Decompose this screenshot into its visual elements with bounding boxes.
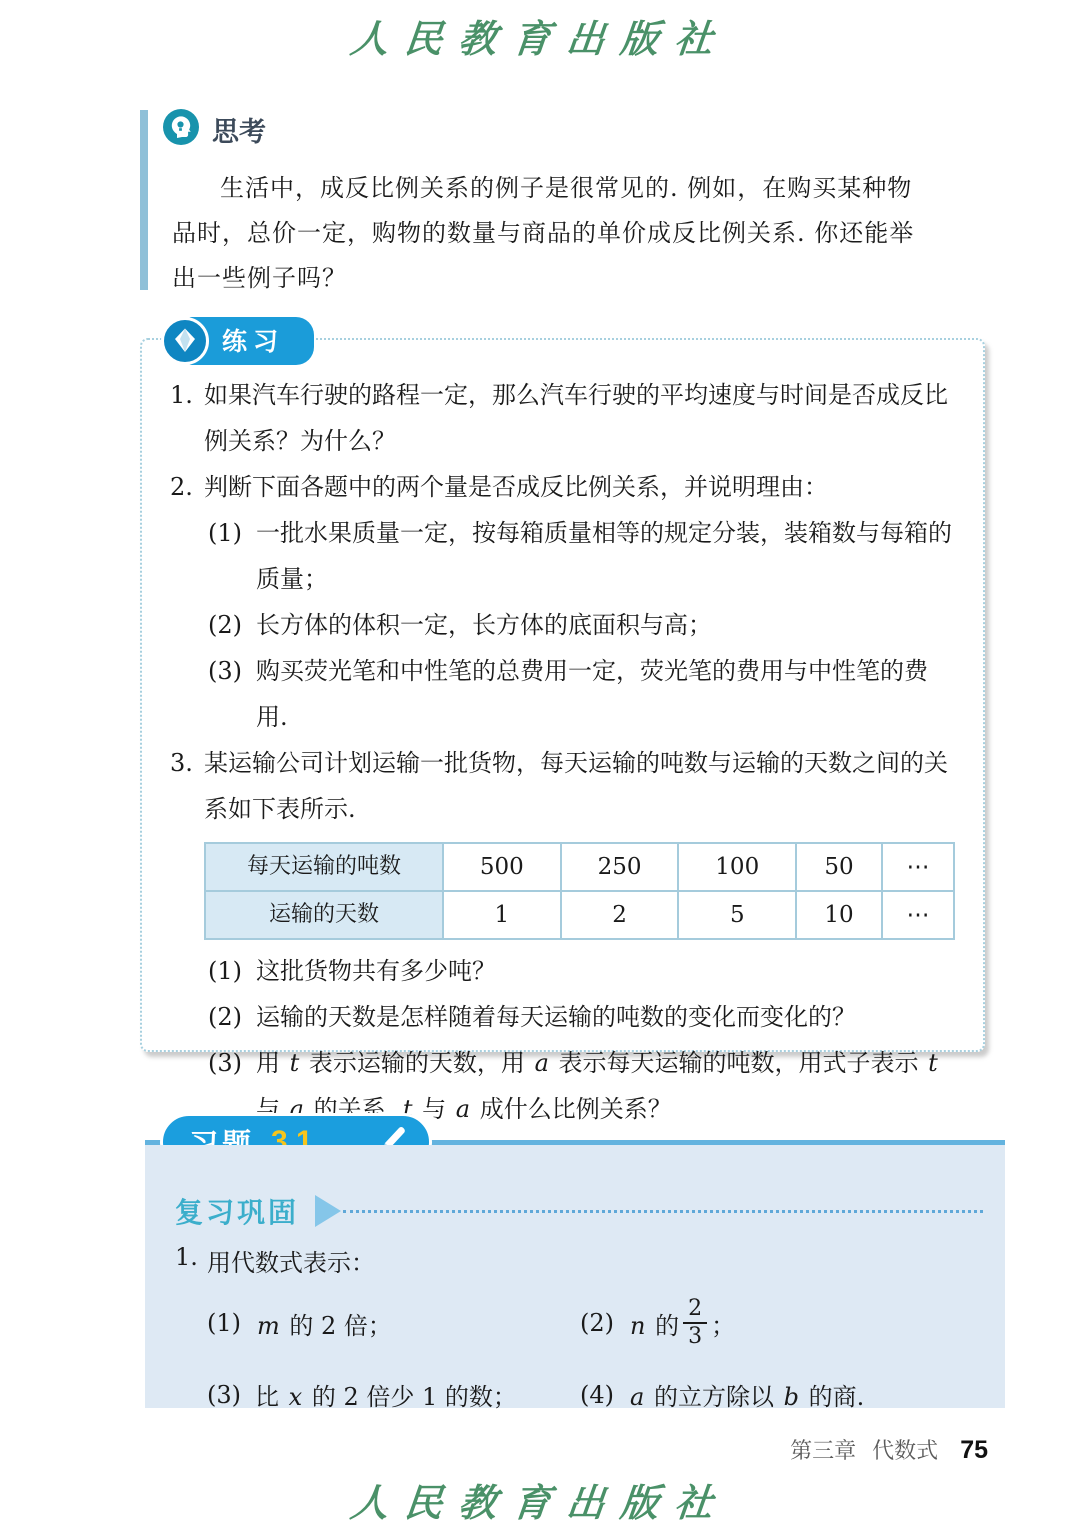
sub-number: (2): [208, 994, 256, 1040]
practice-q1: 1. 如果汽车行驶的路程一定，那么汽车行驶的平均速度与时间是否成反比例关系？为什…: [170, 372, 955, 464]
item-text: 比 x 的 2 倍少 1 的数；: [255, 1377, 517, 1412]
table-cell: 50: [796, 843, 882, 891]
practice-q2-sub2: (2) 长方体的体积一定，长方体的底面积与高；: [208, 602, 955, 648]
table-cell: 2: [561, 891, 679, 939]
page-footer: 第三章 代数式 75: [790, 1434, 988, 1465]
sub-number: (1): [208, 948, 256, 994]
footer-section: 代数式: [872, 1434, 938, 1465]
item-text: a 的立方除以 b 的商.: [628, 1377, 864, 1412]
fraction-denominator: 3: [683, 1322, 707, 1350]
item-number: (3): [207, 1381, 241, 1409]
think-paragraph: 生活中，成反比例关系的例子是很常见的. 例如，在购买某种物品时，总价一定，购物的…: [172, 166, 932, 301]
item-number: (1): [207, 1309, 241, 1337]
practice-q3-sub1: (1) 这批货物共有多少吨？: [208, 948, 955, 994]
question-text: 判断下面各题中的两个量是否成反比例关系，并说明理由：: [204, 464, 955, 510]
question-text: 如果汽车行驶的路程一定，那么汽车行驶的平均速度与时间是否成反比例关系？为什么？: [204, 372, 955, 464]
sub-number: (3): [208, 648, 256, 740]
page-number: 75: [960, 1436, 988, 1465]
exercise-item-3: (3) 比 x 的 2 倍少 1 的数；: [207, 1377, 580, 1412]
practice-q3-sub2: (2) 运输的天数是怎样随着每天运输的吨数的变化而变化的？: [208, 994, 955, 1040]
fraction-numerator: 2: [683, 1296, 707, 1322]
practice-q2-sub3: (3) 购买荧光笔和中性笔的总费用一定，荧光笔的费用与中性笔的费用.: [208, 648, 955, 740]
sub-text: 一批水果质量一定，按每箱质量相等的规定分装，装箱数与每箱的质量；: [256, 510, 955, 602]
sub-text: 长方体的体积一定，长方体的底面积与高；: [256, 602, 955, 648]
fraction: 2 3: [683, 1296, 707, 1351]
sub-number: (2): [208, 602, 256, 648]
item-text: n 的: [628, 1306, 679, 1341]
table-row-header: 每天运输的吨数: [205, 843, 443, 891]
table-cell: 250: [561, 843, 679, 891]
table-cell: 100: [678, 843, 796, 891]
sub-text: 运输的天数是怎样随着每天运输的吨数的变化而变化的？: [256, 994, 955, 1040]
exercise-items-row1: (1) m 的 2 倍； (2) n 的 2 3 ；: [207, 1287, 975, 1359]
exercise-panel: 复习巩固 1. 用代数式表示： (1) m 的 2 倍； (2) n 的 2 3…: [145, 1145, 1005, 1408]
table-cell: 1: [443, 891, 561, 939]
gem-icon: [160, 316, 210, 366]
triangle-right-icon: [315, 1195, 341, 1227]
table-cell: 5: [678, 891, 796, 939]
exercise-item-4: (4) a 的立方除以 b 的商.: [580, 1377, 975, 1412]
item-number: (2): [580, 1309, 614, 1337]
question-number: 2.: [170, 464, 204, 510]
table-row: 运输的天数 1 2 5 10 ⋯: [205, 891, 954, 939]
exercise-q1: 1. 用代数式表示：: [175, 1243, 375, 1278]
dotted-leader: [343, 1210, 983, 1213]
practice-badge: 练习: [160, 316, 314, 366]
question-text: 用代数式表示：: [207, 1243, 375, 1278]
table-row: 每天运输的吨数 500 250 100 50 ⋯: [205, 843, 954, 891]
footer-chapter: 第三章: [790, 1434, 856, 1465]
exercise-items-row2: (3) 比 x 的 2 倍少 1 的数； (4) a 的立方除以 b 的商.: [207, 1377, 975, 1412]
exercise-item-2: (2) n 的 2 3 ；: [580, 1296, 975, 1351]
question-number: 1.: [170, 372, 204, 464]
transport-table: 每天运输的吨数 500 250 100 50 ⋯ 运输的天数 1 2 5 10 …: [204, 842, 955, 940]
exercise-item-1: (1) m 的 2 倍；: [207, 1306, 580, 1341]
review-heading: 复习巩固: [175, 1191, 299, 1231]
sub-number: (1): [208, 510, 256, 602]
practice-q3: 3. 某运输公司计划运输一批货物，每天运输的吨数与运输的天数之间的关系如下表所示…: [170, 740, 955, 1132]
q3-lead: 某运输公司计划运输一批货物，每天运输的吨数与运输的天数之间的关系如下表所示.: [204, 749, 948, 823]
item-text: m 的 2 倍；: [255, 1306, 392, 1341]
publisher-calligraphy-top: 人民教育出版社: [0, 8, 1080, 63]
practice-q2-sub1: (1) 一批水果质量一定，按每箱质量相等的规定分装，装箱数与每箱的质量；: [208, 510, 955, 602]
section-accent-bar: [140, 110, 148, 290]
sub-text: 购买荧光笔和中性笔的总费用一定，荧光笔的费用与中性笔的费用.: [256, 648, 955, 740]
table-cell: ⋯: [882, 843, 954, 891]
practice-q2: 2. 判断下面各题中的两个量是否成反比例关系，并说明理由：: [170, 464, 955, 510]
item-text-tail: ；: [711, 1306, 735, 1341]
table-cell: 500: [443, 843, 561, 891]
question-number: 1.: [175, 1243, 207, 1278]
publisher-calligraphy-bottom: 人民教育出版社: [0, 1472, 1080, 1526]
question-text: 某运输公司计划运输一批货物，每天运输的吨数与运输的天数之间的关系如下表所示. 每…: [204, 740, 955, 1132]
table-row-header: 运输的天数: [205, 891, 443, 939]
review-heading-row: 复习巩固: [175, 1191, 983, 1231]
lightbulb-head-icon: [162, 108, 200, 150]
practice-box: 练习 1. 如果汽车行驶的路程一定，那么汽车行驶的平均速度与时间是否成反比例关系…: [140, 338, 985, 1052]
table-cell: 10: [796, 891, 882, 939]
question-number: 3.: [170, 740, 204, 1132]
table-cell: ⋯: [882, 891, 954, 939]
think-section: 思考 生活中，成反比例关系的例子是很常见的. 例如，在购买某种物品时，总价一定，…: [140, 108, 985, 301]
item-number: (4): [580, 1381, 614, 1409]
think-title: 思考: [212, 110, 266, 149]
sub-text: 这批货物共有多少吨？: [256, 948, 955, 994]
